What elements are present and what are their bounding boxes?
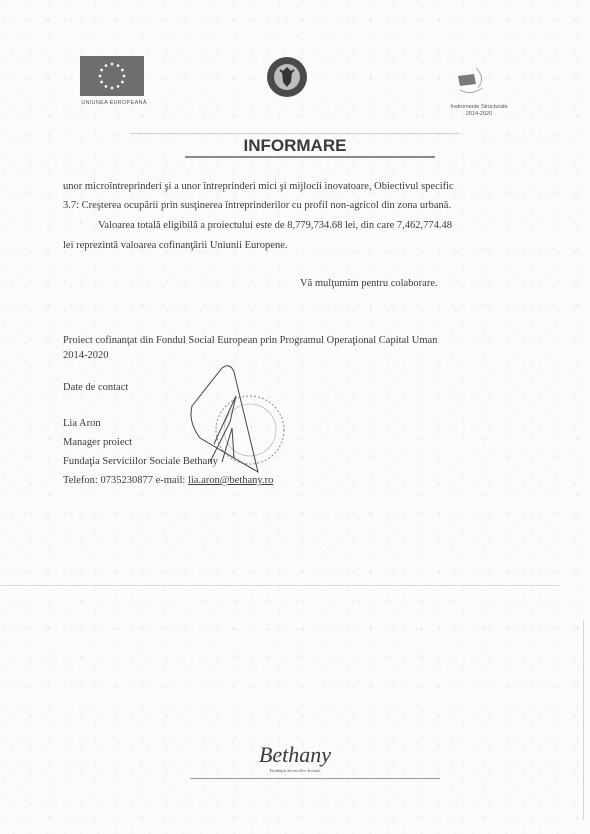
contact-name: Lia Aron <box>63 417 101 431</box>
body-line-3: Valoarea totală eligibilă a proiectului … <box>98 219 452 233</box>
contact-phone: Telefon: 0735230877 e-mail: <box>63 475 188 486</box>
contact-role: Manager proiect <box>63 436 132 450</box>
body-line-2: 3.7: Creşterea ocupării prin susţinerea … <box>63 199 451 213</box>
page-edge <box>583 620 584 820</box>
footer-subtitle: Fundaţia Serviciilor Sociale <box>0 768 590 773</box>
stamp-signature-icon <box>180 362 300 482</box>
thanks-line: Vă mulţumim pentru colaborare. <box>300 277 438 291</box>
structural-instruments-label-line1: Instrumente Structurale <box>434 104 524 111</box>
eu-label: UNIUNEA EUROPEANĂ <box>74 100 154 106</box>
scan-artifact-line <box>0 585 560 586</box>
body-line-1: unor microîntreprinderi şi a unor întrep… <box>63 180 454 194</box>
title-top-rule <box>130 133 460 134</box>
body-line-4: lei reprezintă valoarea cofinanţării Uni… <box>63 239 287 253</box>
eu-flag-icon <box>80 56 144 96</box>
footer-brand: Bethany <box>0 742 590 768</box>
structural-instruments-label: Instrumente Structurale 2014-2020 <box>434 104 524 118</box>
document-title: INFORMARE <box>0 136 590 156</box>
romanian-government-seal-icon <box>266 56 308 98</box>
cofinancing-line-1: Proiect cofinanţat din Fondul Social Eur… <box>63 334 437 348</box>
title-bottom-rule <box>185 156 435 158</box>
footer-rule <box>190 778 440 779</box>
contact-heading: Date de contact <box>63 381 128 395</box>
structural-instruments-logo-icon <box>452 66 488 96</box>
structural-instruments-label-line2: 2014-2020 <box>434 111 524 118</box>
cofinancing-line-2: 2014-2020 <box>63 349 109 363</box>
